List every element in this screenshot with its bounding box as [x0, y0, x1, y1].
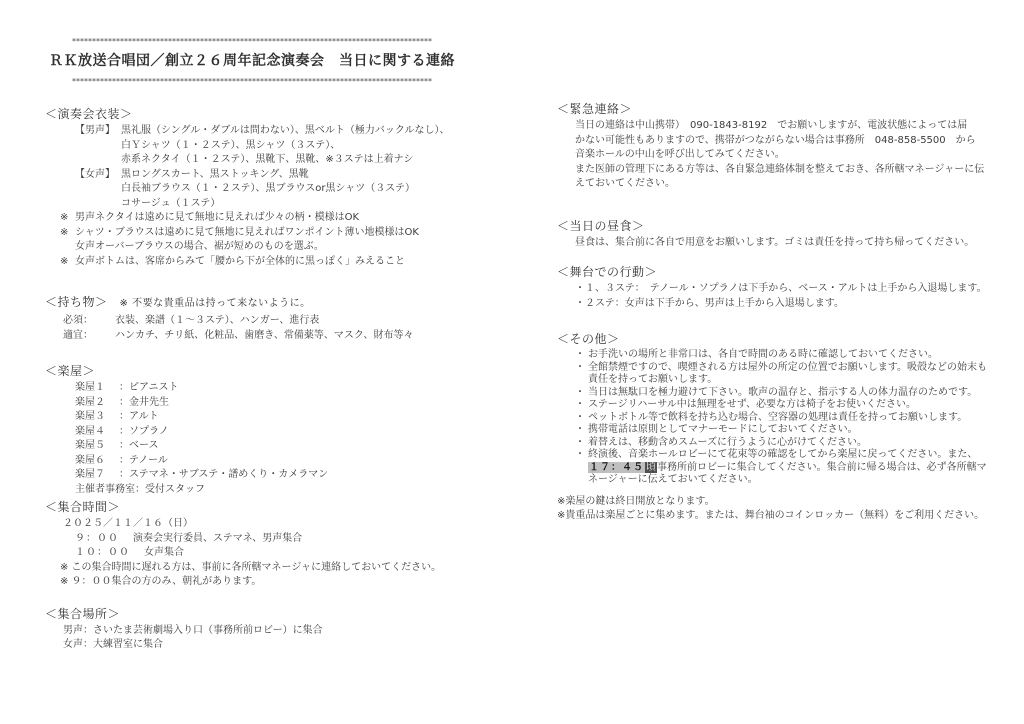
belongings-heading-text: ＜持ち物＞ [45, 295, 108, 309]
others-bullet-8-text: 終演後、音楽ホールロビーにて花束等の確認をしてから楽屋に戻ってください。また、 … [588, 449, 1012, 487]
stage-heading: ＜舞台での行動＞ [557, 264, 1012, 280]
others-bullet-4-text: ステージリハーサル中は無理をせず、必要な方は椅子をお使いください。 [588, 399, 1012, 412]
highlighted-goro: 頃 [645, 462, 657, 473]
room-label: 楽屋２ [75, 396, 119, 411]
meeting-time-heading: ＜集合時間＞ [45, 499, 515, 515]
meeting-time-note-1: ※ この集合時間に遅れる方は、事前に各所轄マネージャに連絡しておいてください。 [45, 561, 515, 576]
highlighted-time: １７：４５ [588, 462, 645, 473]
others-bullet-3: ・ 当日は無駄口を極力避けて下さい。歌声の温存と、指示する人の体力温存のためです… [557, 387, 1012, 400]
room-value: ：ステマネ・サブステ・譜めくり・カメラマン [119, 469, 328, 480]
room-value: ：金井先生 [119, 397, 169, 408]
costume-male-text: 黒礼服（シングル・ダブルは問わない）、黒ベルト（極力バックルなし）、 白Ｙシャツ… [121, 124, 515, 168]
emergency-heading: ＜緊急連絡＞ [557, 101, 1012, 117]
costume-heading: ＜演奏会衣装＞ [45, 106, 515, 122]
belongings-optional-label: 適宜： [63, 329, 115, 344]
costume-female-line-2: 白長袖ブラウス（１・２ステ）、黒ブラウスor黒シャツ（３ステ） [121, 182, 515, 197]
costume-male-line-3: 赤系ネクタイ（１・２ステ）、黒靴下、黒靴、※３ステは上着ナシ [121, 153, 515, 168]
others-heading: ＜その他＞ [557, 331, 1012, 347]
others-bullet-7: ・ 着替えは、移動含めスムーズに行うように心がけてください。 [557, 437, 1012, 450]
room-label: 楽屋４ [75, 425, 119, 440]
others-bullet-2: ・ 全館禁煙ですので、喫煙される方は屋外の所定の位置でお願いします。吸殻などの始… [557, 362, 1012, 387]
belongings-optional-row: 適宜： ハンカチ、チリ紙、化粧品、歯磨き、常備薬等、マスク、財布等々 [45, 329, 515, 344]
bullet-marker: ・ [575, 449, 588, 462]
belongings-required-items: 衣装、楽譜（１～３ステ）、ハンガー、進行表 [115, 314, 515, 329]
section-belongings: ＜持ち物＞※ 不要な貴重品は持って来ないように。 必須： 衣装、楽譜（１～３ステ… [45, 294, 515, 343]
footnote-2: ※貴重品は楽屋ごとに集めます。または、舞台袖のコインロッカー（無料）をご利用くだ… [557, 509, 1012, 524]
costume-male-line-1: 黒礼服（シングル・ダブルは問わない）、黒ベルト（極力バックルなし）、 [121, 124, 515, 139]
room-value: ：テノール [119, 455, 168, 466]
room-value: ：ベース [119, 440, 159, 451]
belongings-required-row: 必須： 衣装、楽譜（１～３ステ）、ハンガー、進行表 [45, 314, 515, 329]
costume-note-1: ※ 男声ネクタイは遠めに見て無地に見えれば少々の柄・模様はOK [45, 211, 515, 226]
belongings-heading-note: ※ 不要な貴重品は持って来ないように。 [120, 298, 311, 309]
room-row: 楽屋４：ソプラノ [45, 425, 515, 440]
room-row: 主催者事務室：受付スタッフ [45, 483, 515, 498]
meeting-place-male: 男声：さいたま芸術劇場入り口（事務所前ロビー）に集合 [45, 624, 515, 639]
room-value: ：受付スタッフ [135, 484, 205, 495]
section-dressing-rooms: ＜楽屋＞ 楽屋１：ピアニスト 楽屋２：金井先生 楽屋３：アルト 楽屋４：ソプラノ… [45, 363, 515, 497]
belongings-optional-items: ハンカチ、チリ紙、化粧品、歯磨き、常備薬等、マスク、財布等々 [115, 329, 515, 344]
costume-female-text: 黒ロングスカート、黒ストッキング、黒靴 白長袖ブラウス（１・２ステ）、黒ブラウス… [121, 168, 515, 212]
footnote-1: ※楽屋の鍵は終日開放となります。 [557, 495, 1012, 510]
others-bullet-8-line-3: ネージャーに伝えておいてください。 [588, 474, 1012, 487]
others-bullet-2-text: 全館禁煙ですので、喫煙される方は屋外の所定の位置でお願いします。吸殻などの始末も… [588, 362, 1012, 387]
meeting-time-1-desc: 演奏会実行委員、ステマネ、男声集合 [133, 533, 302, 544]
lunch-heading: ＜当日の昼食＞ [557, 218, 1012, 234]
bullet-marker: ・ [575, 387, 588, 400]
right-column: ＜緊急連絡＞ 当日の連絡は中山携帯） 090-1843-8192 でお願いします… [557, 101, 1012, 524]
divider-stars-bottom: ****************************************… [45, 76, 459, 87]
others-bullet-8-line-2: １７：４５頃事務所前ロビーに集合してください。集合前に帰る場合は、必ず各所轄マ [588, 462, 1012, 475]
costume-note-3: ※ 女声ボトムは、客席からみて「腰から下が全体的に黒っぽく」みえること [45, 255, 515, 270]
belongings-required-label: 必須： [63, 314, 115, 329]
meeting-place-female: 女声：大練習室に集合 [45, 638, 515, 653]
costume-male-line-2: 白Ｙシャツ（１・２ステ）、黒シャツ（３ステ）、 [121, 139, 515, 154]
section-lunch: ＜当日の昼食＞ 昼食は、集合前に各自で用意をお願いします。ゴミは責任を持って持ち… [557, 218, 1012, 251]
belongings-heading: ＜持ち物＞※ 不要な貴重品は持って来ないように。 [45, 294, 515, 312]
others-bullet-8-line-2-rest: 事務所前ロビーに集合してください。集合前に帰る場合は、必ず各所轄マ [657, 462, 987, 473]
lunch-line-1: 昼食は、集合前に各自で用意をお願いします。ゴミは責任を持って持ち帰ってください。 [557, 236, 1012, 251]
section-emergency: ＜緊急連絡＞ 当日の連絡は中山携帯） 090-1843-8192 でお願いします… [557, 101, 1012, 192]
room-label: 楽屋３ [75, 410, 119, 425]
others-bullet-3-text: 当日は無駄口を極力避けて下さい。歌声の温存と、指示する人の体力温存のためです。 [588, 387, 1012, 400]
others-bullet-8-line-1: 終演後、音楽ホールロビーにて花束等の確認をしてから楽屋に戻ってください。また、 [588, 449, 1012, 462]
costume-female-row: 【女声】 黒ロングスカート、黒ストッキング、黒靴 白長袖ブラウス（１・２ステ）、… [45, 168, 515, 212]
emergency-line-2: かない可能性もありますので、携帯がつながらない場合は事務所 048-858-55… [557, 134, 1012, 149]
others-bullet-2-line-2: 責任を持ってお願いします。 [588, 374, 1012, 387]
others-bullet-1: ・ お手洗いの場所と非常口は、各自で時間のある時に確認しておいてください。 [557, 349, 1012, 362]
rooms-heading: ＜楽屋＞ [45, 363, 515, 379]
section-meeting-place: ＜集合場所＞ 男声：さいたま芸術劇場入り口（事務所前ロビー）に集合 女声：大練習… [45, 606, 515, 653]
emergency-line-4: また医師の管理下にある方等は、各自緊急連絡体制を整えておき、各所轄マネージャーに… [557, 163, 1012, 178]
room-label: 楽屋１ [75, 381, 119, 396]
costume-male-row: 【男声】 黒礼服（シングル・ダブルは問わない）、黒ベルト（極力バックルなし）、 … [45, 124, 515, 168]
document-page: ****************************************… [0, 0, 1024, 724]
costume-male-label: 【男声】 [75, 124, 121, 139]
costume-female-label: 【女声】 [75, 168, 121, 183]
bullet-marker: ・ [575, 437, 588, 450]
room-row: 楽屋２：金井先生 [45, 396, 515, 411]
room-label: 主催者事務室 [75, 483, 135, 498]
meeting-time-note-2: ※ ９：００集合の方のみ、朝礼があります。 [45, 575, 515, 590]
meeting-place-heading: ＜集合場所＞ [45, 606, 515, 622]
others-bullet-4: ・ ステージリハーサル中は無理をせず、必要な方は椅子をお使いください。 [557, 399, 1012, 412]
others-bullet-7-text: 着替えは、移動含めスムーズに行うように心がけてください。 [588, 437, 1012, 450]
others-bullet-1-text: お手洗いの場所と非常口は、各自で時間のある時に確認しておいてください。 [588, 349, 1012, 362]
document-title: ＲＫ放送合唱団／創立２６周年記念演奏会 当日に関する連絡 [45, 52, 459, 70]
room-label: 楽屋５ [75, 439, 119, 454]
costume-note-3-text: 女声ボトムは、客席からみて「腰から下が全体的に黒っぽく」みえること [75, 255, 515, 270]
note-marker: ※ [60, 211, 75, 226]
room-value: ：ソプラノ [119, 426, 169, 437]
room-row: 楽屋３：アルト [45, 410, 515, 425]
costume-note-2: ※ シャツ・ブラウスは遠めに見て無地に見えればワンポイント薄い地模様はOK 女声… [45, 226, 515, 255]
costume-note-2-line-2: 女声オーバーブラウスの場合、裾が短めのものを選ぶ。 [75, 240, 515, 255]
section-others: ＜その他＞ ・ お手洗いの場所と非常口は、各自で時間のある時に確認しておいてくだ… [557, 331, 1012, 487]
bullet-marker: ・ [575, 399, 588, 412]
meeting-time-2: １０：００ [75, 546, 130, 561]
note-marker: ※ [60, 226, 75, 241]
title-block: ****************************************… [45, 36, 459, 87]
room-row: 楽屋６：テノール [45, 454, 515, 469]
room-label: 楽屋７ [75, 468, 119, 483]
bullet-marker: ・ [575, 424, 588, 437]
room-value: ：ピアニスト [119, 382, 179, 393]
room-value: ：アルト [119, 411, 159, 422]
costume-note-1-text: 男声ネクタイは遠めに見て無地に見えれば少々の柄・模様はOK [75, 211, 515, 226]
stage-bullet-2: ・２ステ：女声は下手から、男声は上手から入退場します。 [557, 297, 1012, 312]
section-meeting-time: ＜集合時間＞ ２０２５／１１／１６（日） ９：００演奏会実行委員、ステマネ、男声… [45, 499, 515, 590]
note-marker: ※ [60, 255, 75, 270]
meeting-time-1: ９：００ [75, 532, 119, 547]
divider-stars-top: ****************************************… [45, 36, 459, 47]
costume-note-2-line-1: シャツ・ブラウスは遠めに見て無地に見えればワンポイント薄い地模様はOK [75, 226, 515, 241]
section-stage-behavior: ＜舞台での行動＞ ・１、３ステ： テノール・ソプラノは下手から、ベース・アルトは… [557, 264, 1012, 311]
left-column: ＜演奏会衣装＞ 【男声】 黒礼服（シングル・ダブルは問わない）、黒ベルト（極力バ… [45, 106, 515, 653]
stage-bullet-1: ・１、３ステ： テノール・ソプラノは下手から、ベース・アルトは上手から入退場しま… [557, 282, 1012, 297]
others-bullet-6: ・ 携帯電話は原則としてマナーモードにしておいてください。 [557, 424, 1012, 437]
costume-female-line-3: コサージュ（１ステ） [121, 197, 515, 212]
emergency-line-1: 当日の連絡は中山携帯） 090-1843-8192 でお願いしますが、電波状態に… [557, 119, 1012, 134]
costume-female-line-1: 黒ロングスカート、黒ストッキング、黒靴 [121, 168, 515, 183]
others-bullet-5: ・ ペットボトル等で飲料を持ち込む場合、空容器の処理は責任を持ってお願いします。 [557, 412, 1012, 425]
others-bullet-8: ・ 終演後、音楽ホールロビーにて花束等の確認をしてから楽屋に戻ってください。また… [557, 449, 1012, 487]
meeting-date: ２０２５／１１／１６（日） [45, 517, 515, 532]
room-row: 楽屋７：ステマネ・サブステ・譜めくり・カメラマン [45, 468, 515, 483]
room-label: 楽屋６ [75, 454, 119, 469]
room-row: 楽屋１：ピアニスト [45, 381, 515, 396]
meeting-time-2-desc: 女声集合 [144, 547, 184, 558]
bullet-marker: ・ [575, 362, 588, 375]
emergency-line-3: 音楽ホールの中山を呼び出してみてください。 [557, 148, 1012, 163]
others-bullet-2-line-1: 全館禁煙ですので、喫煙される方は屋外の所定の位置でお願いします。吸殻などの始末も [588, 362, 1012, 375]
emergency-line-5: えておいてください。 [557, 177, 1012, 192]
costume-note-2-text: シャツ・ブラウスは遠めに見て無地に見えればワンポイント薄い地模様はOK 女声オー… [75, 226, 515, 255]
bullet-marker: ・ [575, 349, 588, 362]
room-row: 楽屋５：ベース [45, 439, 515, 454]
bullet-marker: ・ [575, 412, 588, 425]
others-bullet-6-text: 携帯電話は原則としてマナーモードにしておいてください。 [588, 424, 1012, 437]
others-bullet-5-text: ペットボトル等で飲料を持ち込む場合、空容器の処理は責任を持ってお願いします。 [588, 412, 1012, 425]
section-costume: ＜演奏会衣装＞ 【男声】 黒礼服（シングル・ダブルは問わない）、黒ベルト（極力バ… [45, 106, 515, 269]
meeting-time-row-2: １０：００女声集合 [45, 546, 515, 561]
section-footnotes: ※楽屋の鍵は終日開放となります。 ※貴重品は楽屋ごとに集めます。または、舞台袖の… [557, 495, 1012, 524]
meeting-time-row-1: ９：００演奏会実行委員、ステマネ、男声集合 [45, 532, 515, 547]
